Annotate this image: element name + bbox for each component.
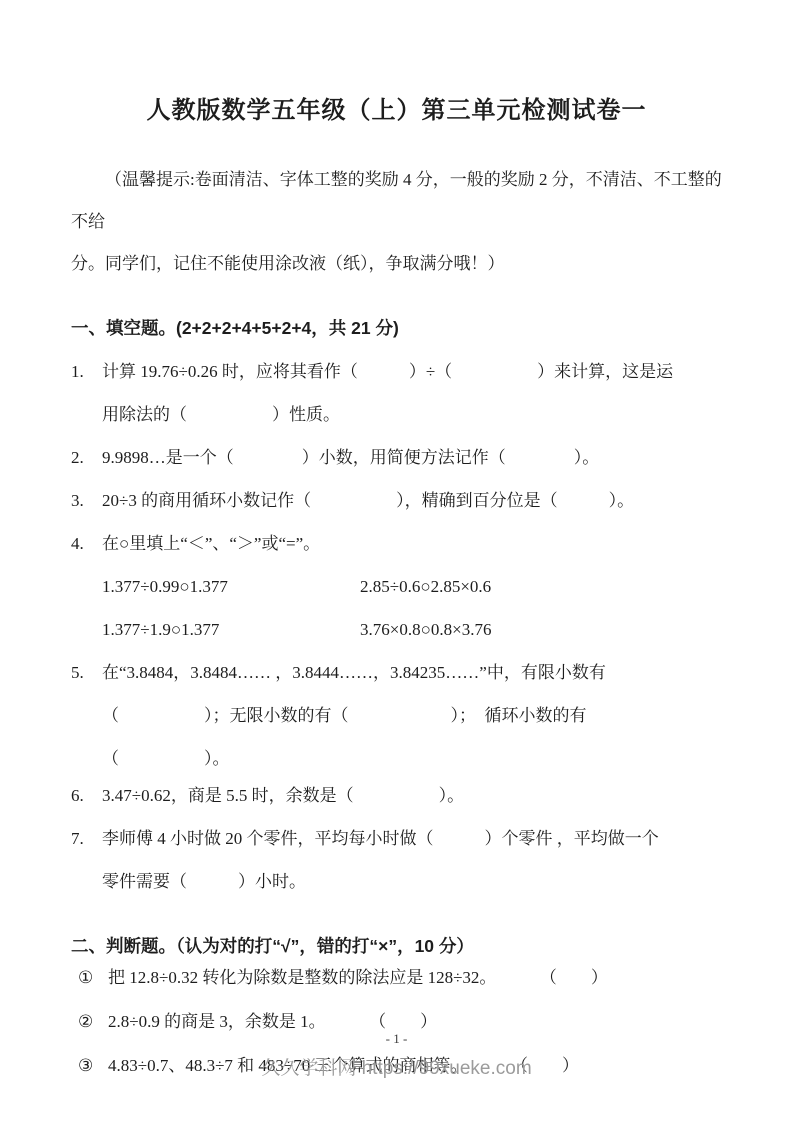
question-7-line-1: 7.李师傅 4 小时做 20 个零件，平均每小时做（ ）个零件 ，平均做一个 [71, 817, 722, 860]
question-7-line-2: 零件需要（ ）小时。 [71, 860, 722, 903]
hint-line-1: （温馨提示:卷面清洁、字体工整的奖励 4 分，一般的奖励 2 分，不清洁、不工整… [71, 159, 722, 243]
judge-text: 把 12.8÷0.32 转化为除数是整数的除法应是 128÷32。 [108, 968, 496, 987]
page-title: 人教版数学五年级（上）第三单元检测试卷一 [71, 0, 722, 126]
comparison-expression: 1.377÷0.99○1.377 [102, 565, 360, 608]
page-content: 人教版数学五年级（上）第三单元检测试卷一 （温馨提示:卷面清洁、字体工整的奖励 … [0, 0, 793, 1088]
question-number: 2. [71, 436, 102, 479]
comparison-expression: 1.377÷1.9○1.377 [102, 608, 360, 651]
fill-questions: 1.计算 19.76÷0.26 时，应将其看作（ ）÷（ ）来计算，这是运 用除… [71, 350, 722, 903]
question-number: 7. [71, 817, 102, 860]
question-number: 5. [71, 651, 102, 694]
comparison-row-2: 1.377÷1.9○1.3773.76×0.8○0.8×3.76 [71, 608, 722, 651]
question-3-line-1: 3.20÷3 的商用循环小数记作（ ），精确到百分位是（ ）。 [71, 479, 722, 522]
question-4: 4.在○里填上“＜”、“＞”或“=”。 1.377÷0.99○1.3772.85… [71, 522, 722, 651]
watermark-site-link: 久久学科网 https://99xueke.com [0, 1053, 793, 1080]
question-number: 4. [71, 522, 102, 565]
question-7: 7.李师傅 4 小时做 20 个零件，平均每小时做（ ）个零件 ，平均做一个 零… [71, 817, 722, 903]
question-text: 9.9898…是一个（ ）小数，用简便方法记作（ ）。 [102, 448, 599, 467]
judge-answer-blank: （ ） [378, 1012, 438, 1031]
question-text: 在“3.8484，3.8484…… ，3.8444……，3.84235……”中，… [102, 663, 606, 682]
comparison-row-1: 1.377÷0.99○1.3772.85÷0.6○2.85×0.6 [71, 565, 722, 608]
question-2-line-1: 2.9.9898…是一个（ ）小数，用简便方法记作（ ）。 [71, 436, 722, 479]
question-number: 3. [71, 479, 102, 522]
question-5-line-2: （ ）；无限小数的有（ ）； 循环小数的有 [71, 694, 722, 737]
judge-number: ① [78, 956, 108, 1000]
question-5-line-1: 5.在“3.8484，3.8484…… ，3.8444……，3.84235……”… [71, 651, 722, 694]
hint-paragraph: （温馨提示:卷面清洁、字体工整的奖励 4 分，一般的奖励 2 分，不清洁、不工整… [71, 159, 722, 285]
judge-item-1: ①把 12.8÷0.32 转化为除数是整数的除法应是 128÷32。（ ） [71, 956, 722, 1000]
test-paper-page: 人教版数学五年级（上）第三单元检测试卷一 （温馨提示:卷面清洁、字体工整的奖励 … [0, 0, 793, 1122]
comparison-expression: 2.85÷0.6○2.85×0.6 [360, 577, 491, 596]
question-text: 在○里填上“＜”、“＞”或“=”。 [102, 534, 320, 553]
question-1-line-1: 1.计算 19.76÷0.26 时，应将其看作（ ）÷（ ）来计算，这是运 [71, 350, 722, 393]
question-1: 1.计算 19.76÷0.26 时，应将其看作（ ）÷（ ）来计算，这是运 用除… [71, 350, 722, 436]
question-5: 5.在“3.8484，3.8484…… ，3.8444……，3.84235……”… [71, 651, 722, 780]
question-text: 计算 19.76÷0.26 时，应将其看作（ ）÷（ ）来计算，这是运 [102, 362, 673, 381]
judge-text: 2.8÷0.9 的商是 3，余数是 1。 [108, 1012, 326, 1031]
question-text: 20÷3 的商用循环小数记作（ ），精确到百分位是（ ）。 [102, 491, 634, 510]
hint-line-2: 分。同学们，记住不能使用涂改液（纸），争取满分哦！） [71, 243, 722, 285]
fill-section-header: 一、填空题。(2+2+2+4+5+2+4，共 21 分) [71, 307, 722, 350]
question-number: 6. [71, 774, 102, 817]
question-3: 3.20÷3 的商用循环小数记作（ ），精确到百分位是（ ）。 [71, 479, 722, 522]
question-text: 李师傅 4 小时做 20 个零件，平均每小时做（ ）个零件 ，平均做一个 [102, 829, 659, 848]
question-4-line-1: 4.在○里填上“＜”、“＞”或“=”。 [71, 522, 722, 565]
judge-answer-blank: （ ） [548, 968, 608, 987]
question-6: 6.3.47÷0.62，商是 5.5 时，余数是（ ）。 [71, 774, 722, 817]
question-2: 2.9.9898…是一个（ ）小数，用简便方法记作（ ）。 [71, 436, 722, 479]
question-number: 1. [71, 350, 102, 393]
comparison-expression: 3.76×0.8○0.8×3.76 [360, 620, 491, 639]
question-text: 3.47÷0.62，商是 5.5 时，余数是（ ）。 [102, 786, 464, 805]
question-1-line-2: 用除法的（ ）性质。 [71, 393, 722, 436]
question-6-line-1: 6.3.47÷0.62，商是 5.5 时，余数是（ ）。 [71, 774, 722, 817]
page-number: - 1 - [0, 1031, 793, 1047]
